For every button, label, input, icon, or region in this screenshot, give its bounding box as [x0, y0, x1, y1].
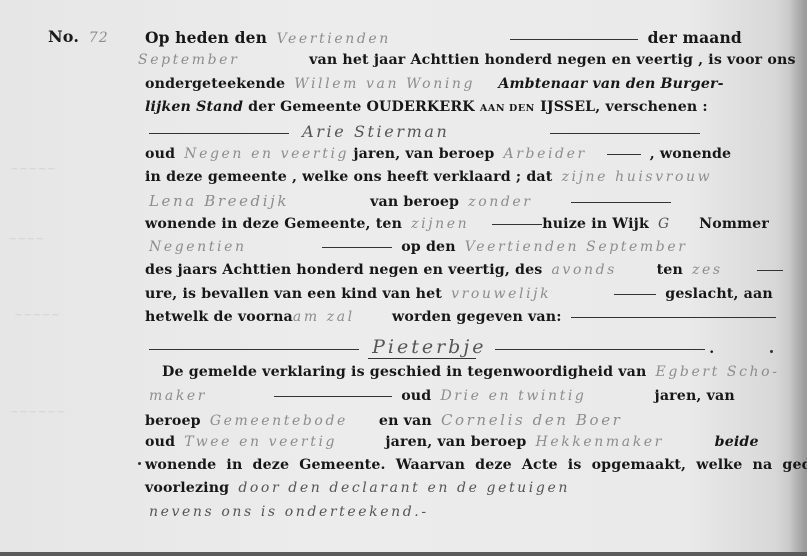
printed-text: Op heden den: [145, 28, 267, 47]
handwritten-declarant-name: Arie Stierman: [298, 122, 541, 141]
printed-text: in deze gemeente , welke ons heeft verkl…: [145, 169, 552, 185]
handwritten-house-number: Negentien: [145, 239, 313, 255]
printed-text: jaren, van beroep: [353, 146, 494, 162]
bleed-through-text: ~~~~~: [10, 162, 56, 175]
printed-text: huize in Wijk: [542, 216, 649, 232]
line-5: Arie Stierman: [145, 122, 704, 141]
handwritten-signing-clause-end: nevens ons is onderteekend.-: [145, 504, 433, 520]
handwritten-child-name: Pieterbje: [368, 336, 476, 359]
handwritten-age: Negen en veertig: [180, 146, 348, 162]
line-21: nevens ons is onderteekend.-: [145, 504, 433, 520]
line-14: Pieterbje .: [145, 336, 714, 359]
fill-rule: [510, 39, 638, 40]
printed-text: ure, is bevallen van een kind van het: [145, 286, 442, 302]
handwritten-birth-date: Veertienden September: [461, 239, 692, 255]
handwritten-mother-name: Lena Breedijk: [145, 192, 365, 210]
printed-text: ondergeteekende: [145, 76, 285, 92]
line-9: wonende in deze Gemeente, ten zijnen hui…: [145, 216, 769, 232]
line-3: ondergeteekende Willem van Woning Ambten…: [145, 76, 724, 92]
number-label: No.: [48, 27, 79, 46]
handwritten-occupation: Arbeider: [500, 146, 598, 162]
printed-text: lijken Stand: [145, 99, 243, 115]
line-11: des jaars Achttien honderd negen en veer…: [145, 262, 787, 278]
line-19: wonende in deze Gemeente. Waarvan deze A…: [145, 457, 807, 473]
printed-text: oud: [145, 434, 175, 450]
line-15: De gemelde verklaring is geschied in teg…: [162, 364, 784, 380]
handwritten-official: Willem van Woning: [290, 76, 493, 92]
line-10: Negentien op den Veertienden September: [145, 239, 692, 255]
handwritten-witness-2-occupation: Hekkenmaker: [532, 434, 710, 450]
line-2: September van het jaar Achttien honderd …: [134, 52, 796, 68]
fill-rule: [322, 247, 392, 248]
handwritten-hour: zes: [688, 262, 748, 278]
handwritten-witness-1: Egbert Scho-: [652, 364, 784, 380]
printed-text: des jaars Achttien honderd negen en veer…: [145, 262, 542, 278]
printed-text: , wonende: [650, 146, 732, 162]
handwritten-sex: vrouwelijk: [447, 286, 605, 302]
fill-rule: [495, 349, 705, 350]
line-16: maker oud Drie en twintig jaren, van: [145, 388, 735, 404]
printed-text: hetwelk de voorna: [145, 309, 293, 325]
fill-rule: [550, 133, 700, 134]
line-12: ure, is bevallen van een kind van het vr…: [145, 286, 773, 302]
fill-rule: [149, 349, 359, 350]
fill-rule: [492, 224, 542, 225]
handwritten-house: zijnen: [407, 216, 485, 232]
handwritten-witness-2-age: Twee en veertig: [180, 434, 380, 450]
line-8: Lena Breedijk van beroep zonder: [145, 192, 675, 210]
printed-text: oud: [401, 388, 431, 404]
handwritten-time-of-day: avonds: [547, 262, 651, 278]
certificate-page: ~~~~~ ~~~~ ~~~~~ ~~~~~~ No. 72 Op heden …: [0, 0, 807, 556]
fill-rule: [149, 133, 289, 134]
printed-text: oud: [145, 146, 175, 162]
handwritten-wijk: G: [654, 216, 694, 232]
fill-rule: [757, 270, 783, 271]
printed-text: beide: [715, 434, 759, 450]
bleed-through-text: ~~~~~: [14, 308, 60, 321]
printed-text: worden gegeven van:: [392, 309, 562, 325]
fill-rule: [571, 317, 776, 318]
handwritten-name-clause: am zal: [293, 309, 387, 325]
handwritten-witness-1-cont: maker: [145, 388, 265, 404]
printed-text: ten: [657, 262, 683, 278]
printed-text: beroep: [145, 413, 201, 429]
handwritten-witness-2: Cornelis den Boer: [437, 411, 627, 429]
line-4: lijken Stand der Gemeente OUDERKERK AAN …: [145, 99, 708, 115]
line-7: in deze gemeente , welke ons heeft verkl…: [145, 169, 716, 185]
ink-dot: [138, 462, 141, 465]
fill-rule: [571, 202, 671, 203]
handwritten-month: September: [134, 52, 304, 68]
handwritten-occupation: zonder: [464, 194, 562, 210]
printed-text: op den: [401, 239, 455, 255]
handwritten-witness-1-occupation: Gemeentebode: [206, 413, 374, 429]
municipality-name: IJSSEL: [540, 99, 595, 115]
printed-text: Nommer: [699, 216, 769, 232]
printed-text: der Gemeente: [248, 99, 361, 115]
line-20: voorlezing door den declarant en de getu…: [145, 480, 574, 496]
fill-rule: [614, 294, 656, 295]
handwritten-signing-clause: door den declarant en de getuigen: [234, 480, 574, 496]
printed-text: voorlezing: [145, 480, 229, 496]
printed-text: jaren, van beroep: [385, 434, 526, 450]
printed-text: jaren, van: [655, 388, 735, 404]
page-bottom-edge: [0, 552, 807, 556]
bleed-through-text: ~~~~: [8, 232, 45, 245]
handwritten-witness-1-age: Drie en twintig: [436, 388, 649, 404]
line-6: oud Negen en veertig jaren, van beroep A…: [145, 146, 731, 162]
line-13: hetwelk de voornaam zal worden gegeven v…: [145, 309, 780, 325]
line-17: beroep Gemeentebode en van Cornelis den …: [145, 411, 626, 429]
handwritten-relation: zijne huisvrouw: [558, 169, 717, 185]
municipality-name: AAN DEN: [480, 103, 535, 114]
handwritten-day: Veertienden: [273, 31, 501, 47]
printed-text: en van: [379, 413, 432, 429]
printed-text: van beroep: [370, 194, 459, 210]
printed-text: Ambtenaar van den Burger-: [498, 76, 723, 92]
ink-dot: [770, 350, 773, 353]
printed-text: wonende in deze Gemeente, ten: [145, 216, 402, 232]
number-value: 72: [85, 30, 113, 46]
certificate-number: No. 72: [48, 27, 113, 46]
printed-text: De gemelde verklaring is geschied in teg…: [162, 364, 646, 380]
bleed-through-text: ~~~~~~: [10, 405, 65, 418]
line-18: oud Twee en veertig jaren, van beroep He…: [145, 434, 759, 450]
printed-text: geslacht, aan: [665, 286, 773, 302]
line-1: Op heden den Veertienden der maand: [145, 28, 742, 47]
fill-rule: [274, 396, 392, 397]
printed-text: , verschenen :: [595, 99, 708, 115]
printed-text: der maand: [648, 28, 742, 47]
printed-text: van het jaar Achttien honderd negen en v…: [309, 52, 796, 68]
printed-text: wonende in deze Gemeente. Waarvan deze A…: [145, 457, 807, 473]
municipality-name: OUDERKERK: [367, 99, 475, 115]
fill-rule: [607, 154, 641, 155]
